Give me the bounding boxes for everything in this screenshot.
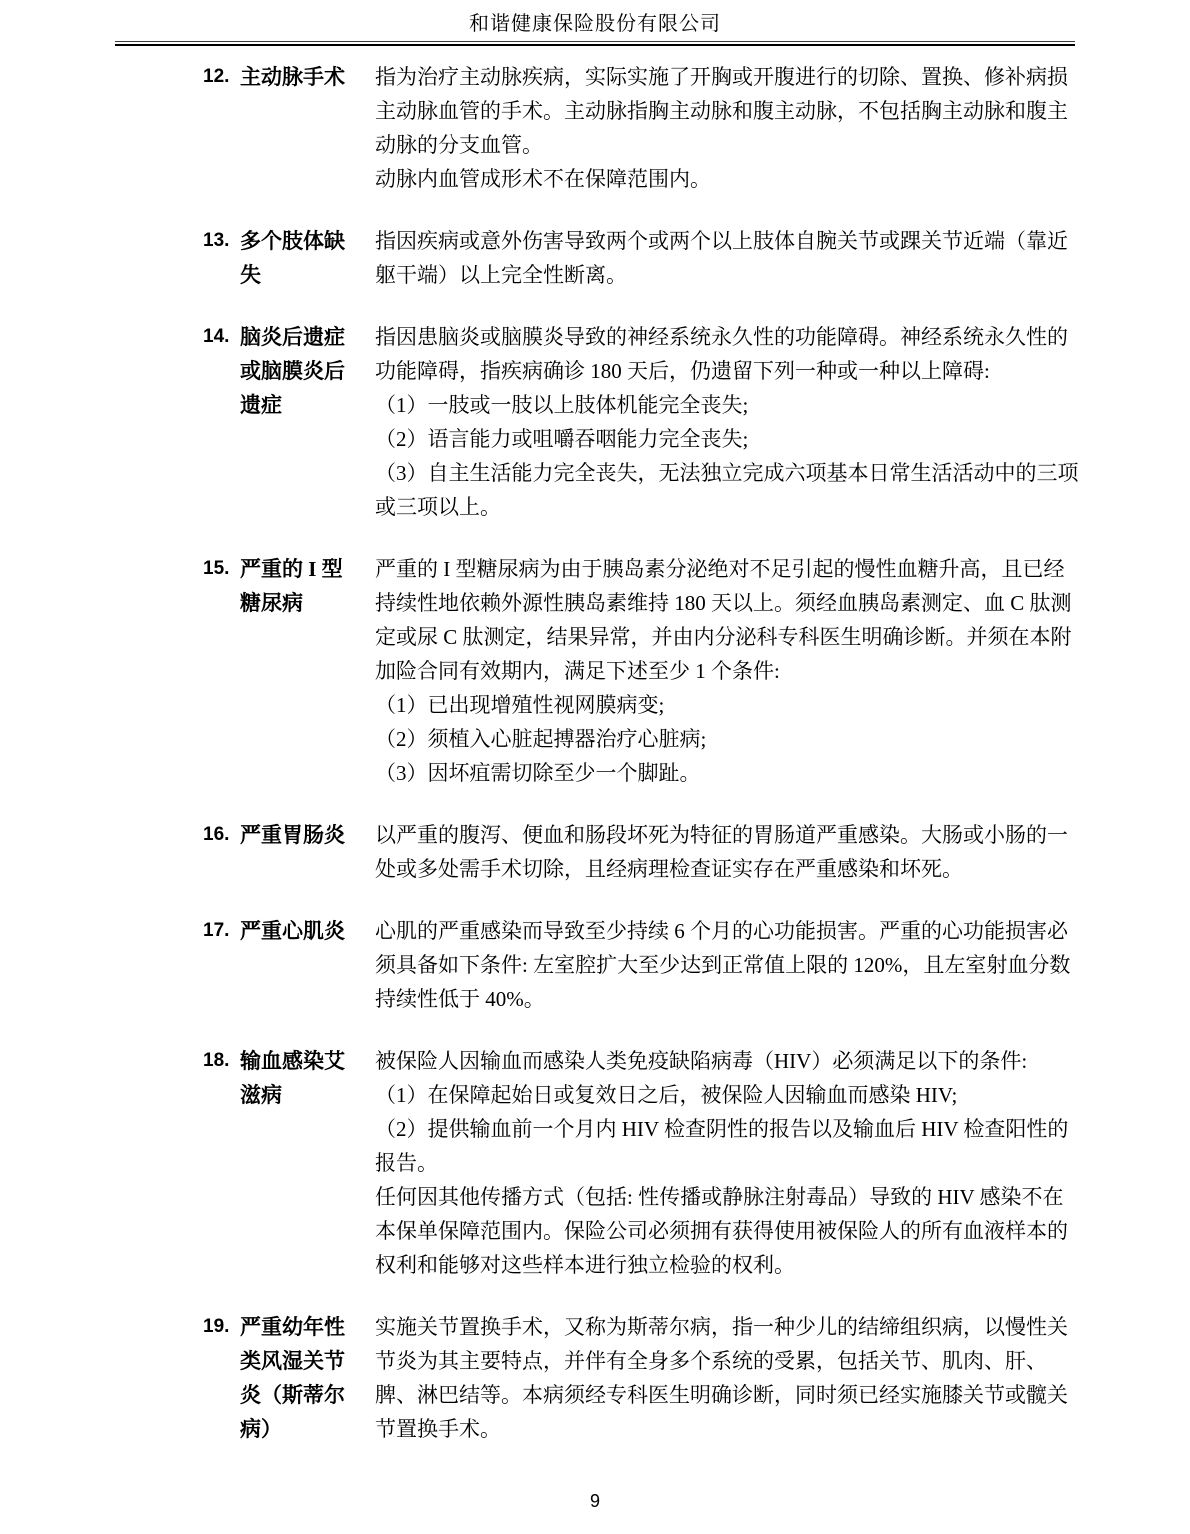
item-definition: 实施关节置换手术，又称为斯蒂尔病，指一种少儿的结缔组织病，以慢性关节炎为其主要特…	[375, 1310, 1080, 1446]
item-number: 17.	[203, 914, 240, 948]
definition-item: 18. 输血感染艾滋病 被保险人因输血而感染人类免疫缺陷病毒（HIV）必须满足以…	[203, 1044, 1190, 1282]
item-term: 主动脉手术	[240, 60, 352, 94]
item-definition: 被保险人因输血而感染人类免疫缺陷病毒（HIV）必须满足以下的条件:（1）在保障起…	[375, 1044, 1080, 1282]
item-term: 严重心肌炎	[240, 914, 352, 948]
item-definition: 指因患脑炎或脑膜炎导致的神经系统永久性的功能障碍。神经系统永久性的功能障碍，指疾…	[375, 320, 1080, 524]
item-term: 严重胃肠炎	[240, 818, 352, 852]
definition-paragraph: （1）一肢或一肢以上肢体机能完全丧失;	[375, 388, 1080, 422]
item-number: 19.	[203, 1310, 240, 1344]
page-header: 和谐健康保险股份有限公司	[0, 0, 1190, 46]
item-number: 14.	[203, 320, 240, 354]
definition-item: 15. 严重的 I 型糖尿病 严重的 I 型糖尿病为由于胰岛素分泌绝对不足引起的…	[203, 552, 1190, 790]
definition-paragraph: 以严重的腹泻、便血和肠段坏死为特征的胃肠道严重感染。大肠或小肠的一处或多处需手术…	[375, 818, 1080, 886]
company-name: 和谐健康保险股份有限公司	[0, 12, 1190, 36]
definition-paragraph: （3）自主生活能力完全丧失，无法独立完成六项基本日常生活活动中的三项或三项以上。	[375, 456, 1080, 524]
item-number: 15.	[203, 552, 240, 586]
page-number: 9	[590, 1491, 600, 1511]
item-term: 严重幼年性类风湿关节炎（斯蒂尔病）	[240, 1310, 352, 1446]
page-footer: 9	[0, 1491, 1190, 1512]
item-definition: 以严重的腹泻、便血和肠段坏死为特征的胃肠道严重感染。大肠或小肠的一处或多处需手术…	[375, 818, 1080, 886]
definition-item: 17. 严重心肌炎 心肌的严重感染而导致至少持续 6 个月的心功能损害。严重的心…	[203, 914, 1190, 1016]
definition-paragraph: （2）须植入心脏起搏器治疗心脏病;	[375, 722, 1080, 756]
item-term: 严重的 I 型糖尿病	[240, 552, 352, 620]
definition-paragraph: 任何因其他传播方式（包括: 性传播或静脉注射毒品）导致的 HIV 感染不在本保单…	[375, 1180, 1080, 1282]
item-number: 12.	[203, 60, 240, 94]
definition-paragraph: （2）语言能力或咀嚼吞咽能力完全丧失;	[375, 422, 1080, 456]
item-definition: 严重的 I 型糖尿病为由于胰岛素分泌绝对不足引起的慢性血糖升高，且已经持续性地依…	[375, 552, 1080, 790]
definition-paragraph: 严重的 I 型糖尿病为由于胰岛素分泌绝对不足引起的慢性血糖升高，且已经持续性地依…	[375, 552, 1080, 688]
definition-paragraph: （1）在保障起始日或复效日之后，被保险人因输血而感染 HIV;	[375, 1078, 1080, 1112]
definition-paragraph: （3）因坏疽需切除至少一个脚趾。	[375, 756, 1080, 790]
definition-paragraph: （2）提供输血前一个月内 HIV 检查阴性的报告以及输血后 HIV 检查阳性的报…	[375, 1112, 1080, 1180]
item-definition: 心肌的严重感染而导致至少持续 6 个月的心功能损害。严重的心功能损害必须具备如下…	[375, 914, 1080, 1016]
definitions-list: 12. 主动脉手术 指为治疗主动脉疾病，实际实施了开胸或开腹进行的切除、置换、修…	[0, 46, 1190, 1446]
definition-item: 13. 多个肢体缺失 指因疾病或意外伤害导致两个或两个以上肢体自腕关节或踝关节近…	[203, 224, 1190, 292]
definition-paragraph: 实施关节置换手术，又称为斯蒂尔病，指一种少儿的结缔组织病，以慢性关节炎为其主要特…	[375, 1310, 1080, 1446]
definition-paragraph: 动脉内血管成形术不在保障范围内。	[375, 162, 1080, 196]
definition-item: 12. 主动脉手术 指为治疗主动脉疾病，实际实施了开胸或开腹进行的切除、置换、修…	[203, 60, 1190, 196]
item-term: 输血感染艾滋病	[240, 1044, 352, 1112]
definition-paragraph: 指因疾病或意外伤害导致两个或两个以上肢体自腕关节或踝关节近端（靠近躯干端）以上完…	[375, 224, 1080, 292]
definition-item: 19. 严重幼年性类风湿关节炎（斯蒂尔病） 实施关节置换手术，又称为斯蒂尔病，指…	[203, 1310, 1190, 1446]
definition-paragraph: 指为治疗主动脉疾病，实际实施了开胸或开腹进行的切除、置换、修补病损主动脉血管的手…	[375, 60, 1080, 162]
definition-paragraph: 心肌的严重感染而导致至少持续 6 个月的心功能损害。严重的心功能损害必须具备如下…	[375, 914, 1080, 1016]
definition-item: 14. 脑炎后遗症或脑膜炎后遗症 指因患脑炎或脑膜炎导致的神经系统永久性的功能障…	[203, 320, 1190, 524]
item-term: 多个肢体缺失	[240, 224, 352, 292]
item-definition: 指因疾病或意外伤害导致两个或两个以上肢体自腕关节或踝关节近端（靠近躯干端）以上完…	[375, 224, 1080, 292]
item-definition: 指为治疗主动脉疾病，实际实施了开胸或开腹进行的切除、置换、修补病损主动脉血管的手…	[375, 60, 1080, 196]
item-number: 18.	[203, 1044, 240, 1078]
definition-paragraph: （1）已出现增殖性视网膜病变;	[375, 688, 1080, 722]
definition-paragraph: 被保险人因输血而感染人类免疫缺陷病毒（HIV）必须满足以下的条件:	[375, 1044, 1080, 1078]
item-number: 16.	[203, 818, 240, 852]
document-page: 和谐健康保险股份有限公司 12. 主动脉手术 指为治疗主动脉疾病，实际实施了开胸…	[0, 0, 1190, 1534]
definition-paragraph: 指因患脑炎或脑膜炎导致的神经系统永久性的功能障碍。神经系统永久性的功能障碍，指疾…	[375, 320, 1080, 388]
definition-item: 16. 严重胃肠炎 以严重的腹泻、便血和肠段坏死为特征的胃肠道严重感染。大肠或小…	[203, 818, 1190, 886]
item-term: 脑炎后遗症或脑膜炎后遗症	[240, 320, 352, 422]
item-number: 13.	[203, 224, 240, 258]
